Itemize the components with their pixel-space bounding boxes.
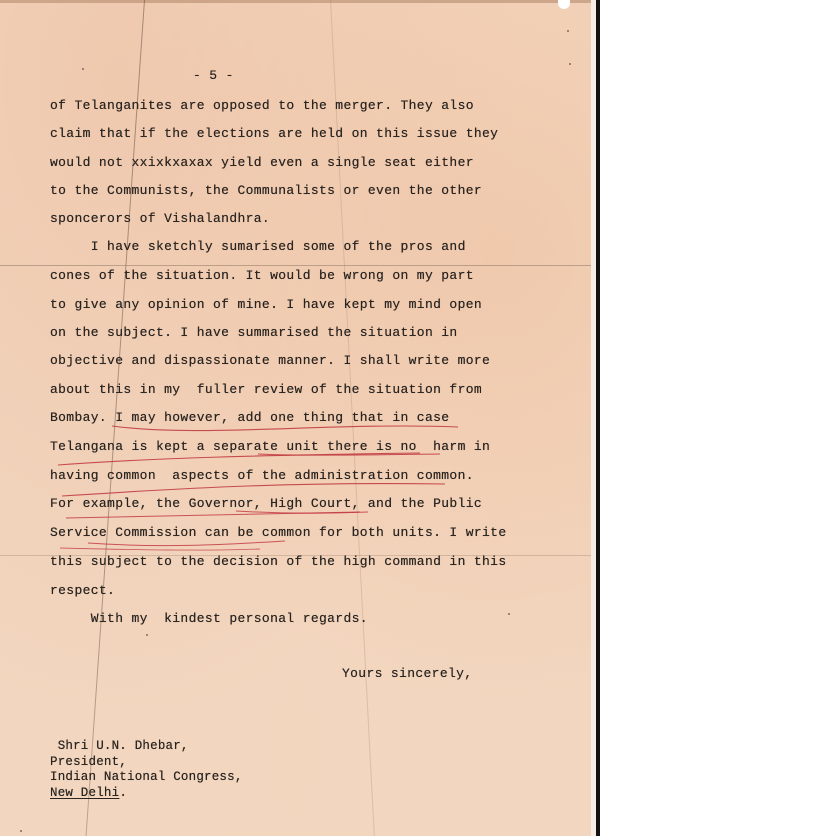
addressee-organization: Indian National Congress, (50, 770, 243, 786)
body-line: about this in my fuller review of the si… (50, 382, 482, 397)
underlined-line: Service Commission can be common for bot… (50, 525, 506, 540)
torn-corner (558, 0, 570, 9)
ink-speck (146, 634, 148, 636)
ink-speck (567, 30, 569, 32)
body-line: to the Communists, the Communalists or e… (50, 183, 482, 198)
addressee-title: President, (50, 755, 127, 771)
red-underline-5 (236, 511, 368, 513)
scan-border-line (596, 0, 600, 836)
paper-top-edge (0, 0, 591, 3)
addressee-name: Shri U.N. Dhebar, (50, 739, 189, 755)
addressee-city: New Delhi (50, 786, 119, 800)
body-line: this subject to the decision of the high… (50, 554, 506, 569)
body-line: to give any opinion of mine. I have kept… (50, 297, 482, 312)
closing-salutation: Yours sincerely, (342, 666, 472, 681)
body-line: objective and dispassionate manner. I sh… (50, 353, 490, 368)
page-number: - 5 - (193, 68, 234, 83)
paragraph-start-line: I have sketchly sumarised some of the pr… (50, 239, 466, 254)
body-line: respect. (50, 583, 115, 598)
underlined-line: Telangana is kept a separate unit there … (50, 439, 490, 454)
body-line: would not xxixkxaxax yield even a single… (50, 155, 474, 170)
red-underline-4 (62, 484, 445, 496)
ink-speck (82, 68, 84, 70)
red-underline-6 (66, 512, 360, 518)
ink-speck (569, 63, 571, 65)
underlined-line: having common aspects of the administrat… (50, 468, 474, 483)
red-underline-7 (88, 541, 285, 546)
body-line: of Telanganites are opposed to the merge… (50, 98, 474, 113)
body-line: Bombay. I may however, add one thing tha… (50, 410, 449, 425)
body-line: cones of the situation. It would be wron… (50, 268, 474, 283)
red-underline-2 (258, 454, 440, 455)
underlined-line: For example, the Governor, High Court, a… (50, 496, 482, 511)
ink-speck (508, 613, 510, 615)
red-underline-1 (112, 426, 458, 431)
ink-speck (20, 830, 22, 832)
regards-line: With my kindest personal regards. (50, 611, 368, 626)
addressee-city-line: New Delhi. (50, 786, 127, 802)
letter-page: - 5 - of Telanganites are opposed to the… (0, 0, 591, 836)
body-line: sponcerors of Vishalandhra. (50, 211, 270, 226)
body-line: on the subject. I have summarised the si… (50, 325, 458, 340)
body-line: claim that if the elections are held on … (50, 126, 498, 141)
addressee-city-suffix: . (119, 786, 127, 800)
horizontal-fold-crease (0, 265, 591, 266)
red-underline-8 (60, 548, 260, 550)
